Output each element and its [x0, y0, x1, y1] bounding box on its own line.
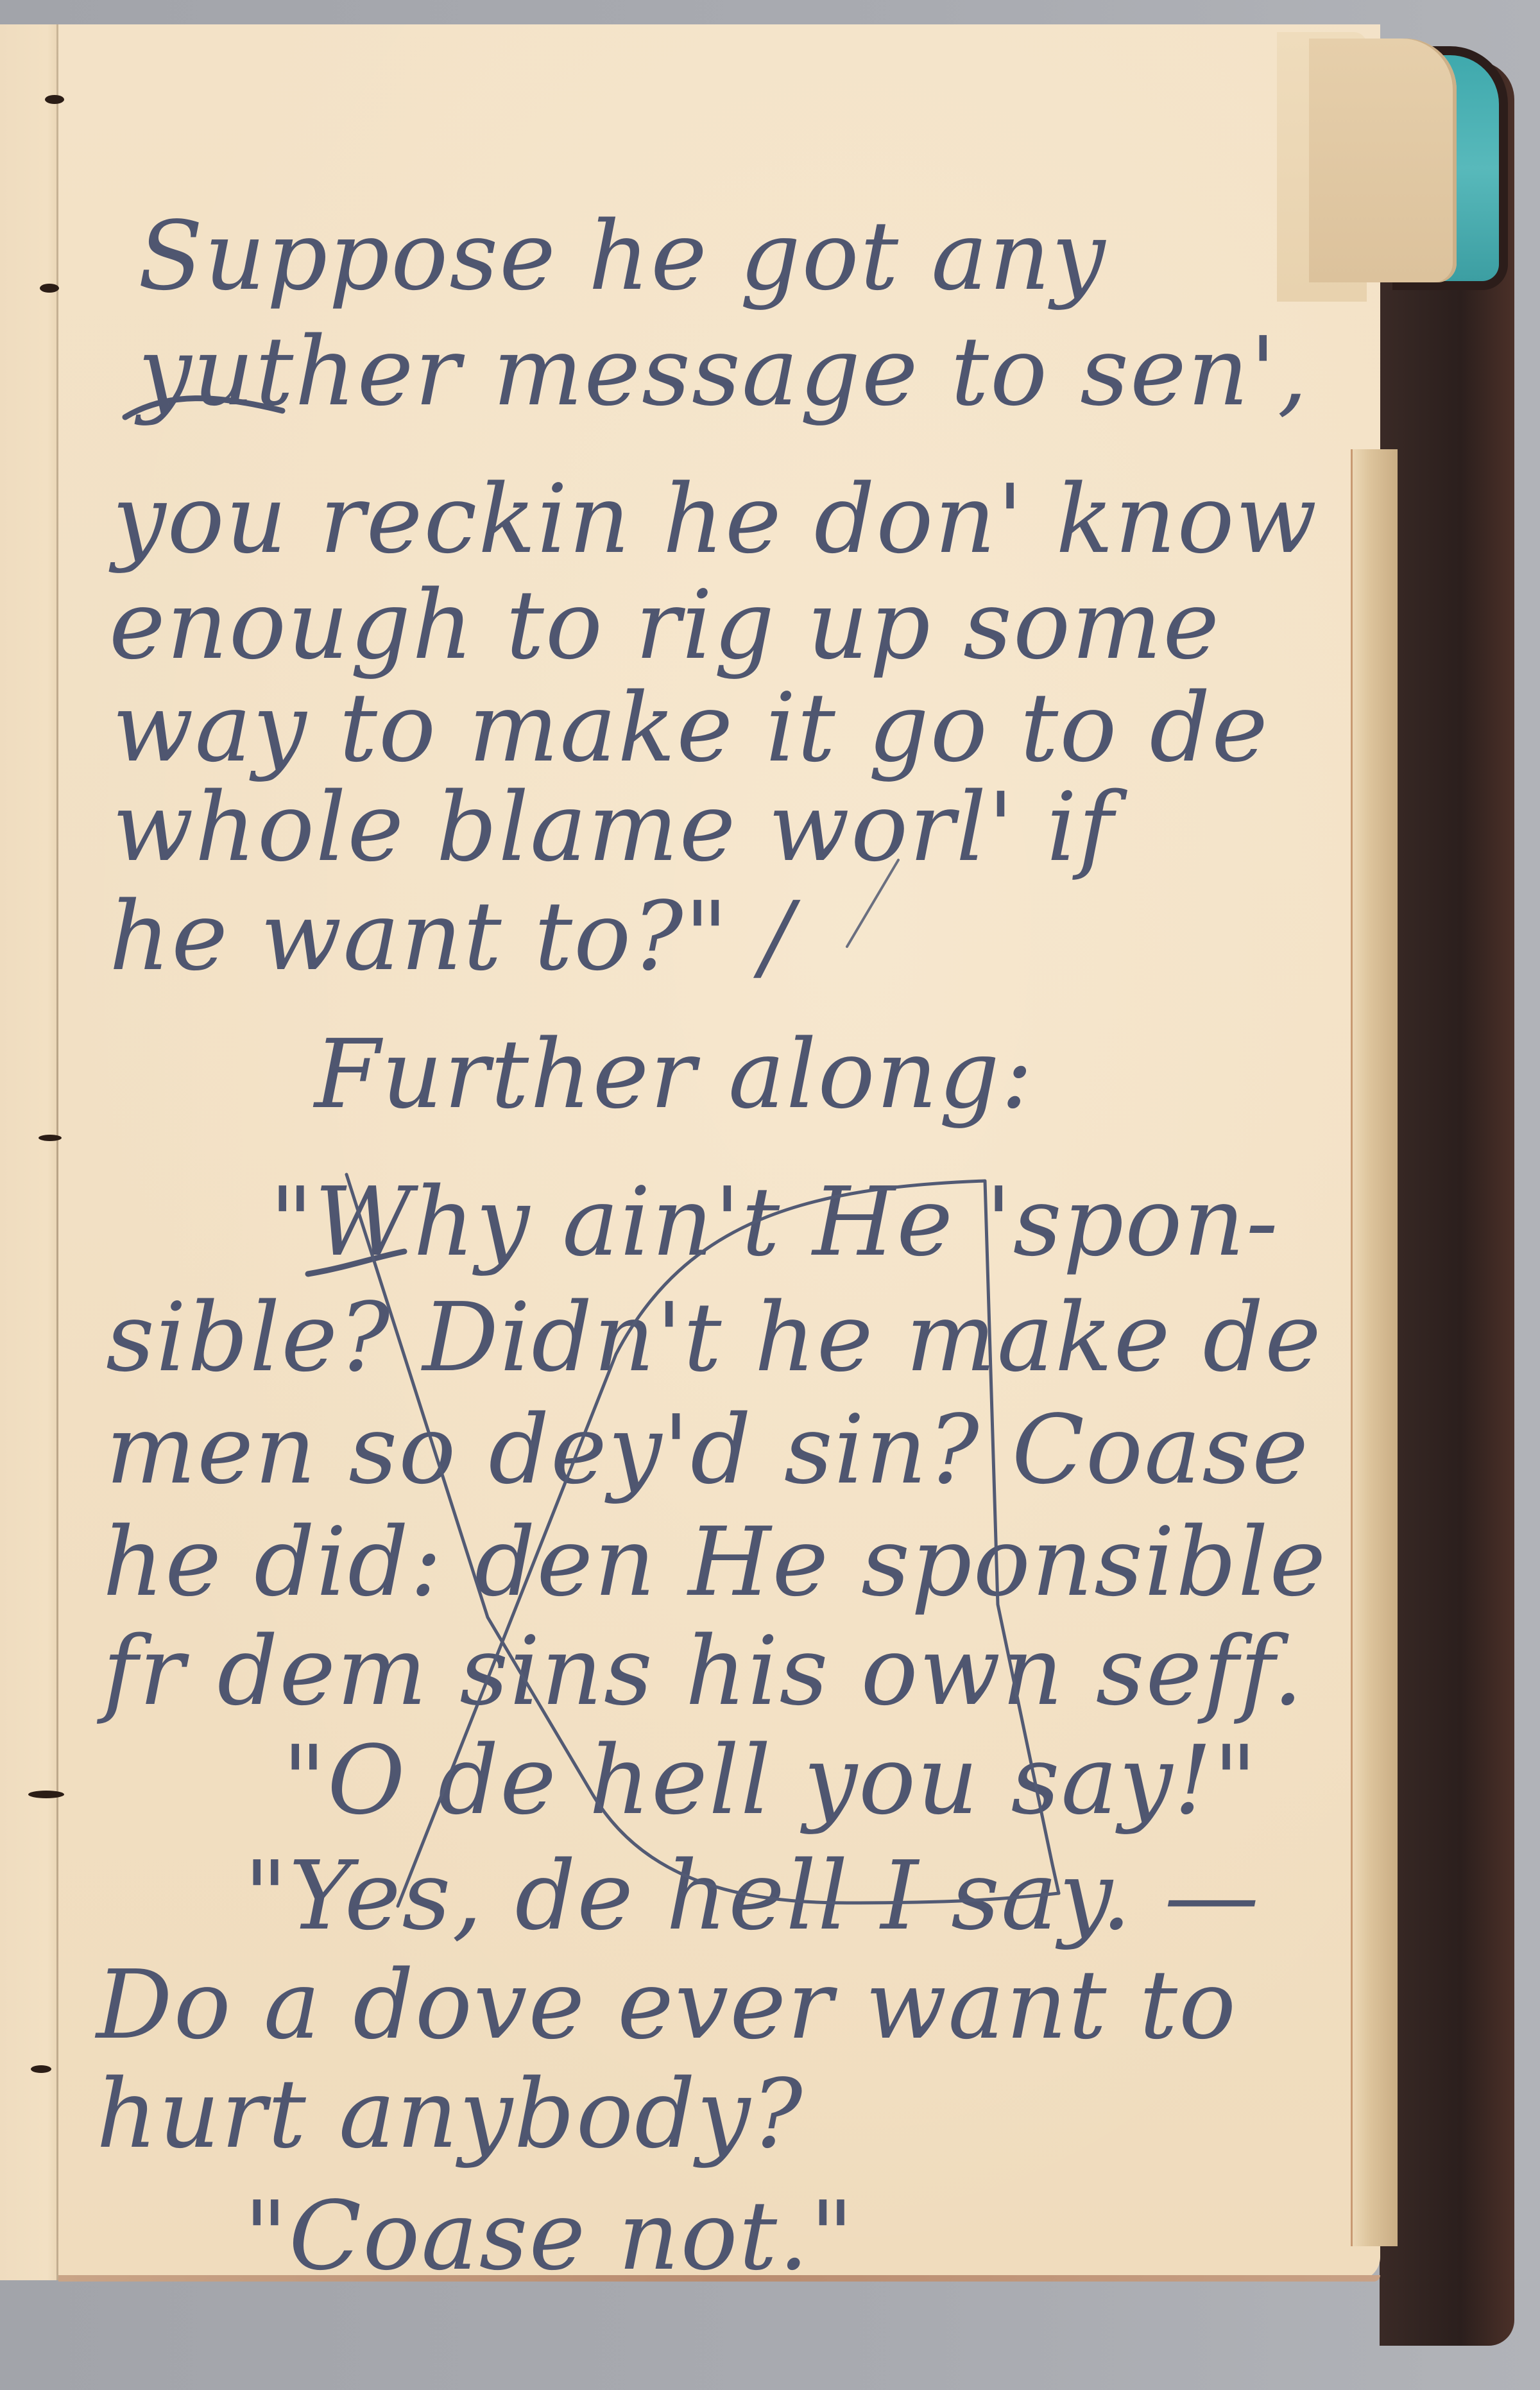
handwritten-line: whole blame worl' if — [112, 780, 1115, 875]
handwritten-line: hurt anybody? — [96, 2067, 804, 2162]
handwritten-line: "Coase not." — [244, 2188, 855, 2283]
handwritten-line: fr dem sins his own seff. — [103, 1624, 1305, 1719]
handwritten-line: he want to?" / — [109, 889, 794, 984]
handwriting: Suppose he got any yuther message to sen… — [0, 0, 1540, 2390]
handwritten-line: "Why ain't He 'spon- — [269, 1174, 1279, 1269]
handwritten-line: you reckin he don' know — [112, 472, 1318, 567]
handwritten-line: "O de hell you say!" — [282, 1733, 1258, 1828]
handwritten-line: Do a dove ever want to — [96, 1957, 1237, 2052]
handwritten-line: Further along: — [314, 1027, 1034, 1122]
handwritten-line: "Yes, de hell I say. — — [244, 1848, 1260, 1943]
handwritten-line: men so dey'd sin? Coase — [106, 1402, 1310, 1497]
handwritten-line: Suppose he got any — [138, 209, 1106, 304]
handwritten-line: sible? Didn't he make de — [106, 1290, 1322, 1385]
handwritten-line: way to make it go to de — [112, 680, 1269, 775]
handwritten-line: he did: den He sponsible — [103, 1515, 1327, 1610]
handwritten-line: yuther message to sen', — [138, 324, 1309, 419]
handwritten-line: enough to rig up some — [109, 578, 1220, 673]
